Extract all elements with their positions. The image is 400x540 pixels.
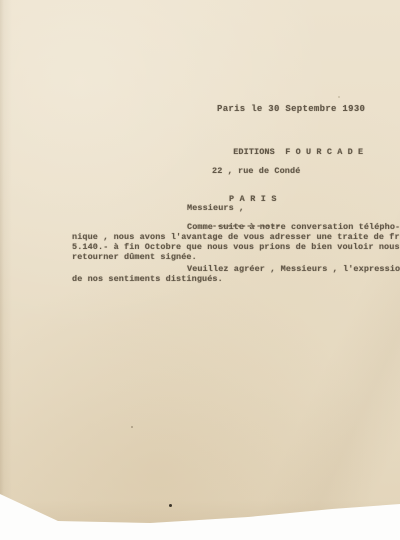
body-line-3: 5.140.- à fin Octobre que nous vous prio… [72,242,400,252]
paper-speck [131,426,133,428]
salutation: Messieurs , [187,203,244,213]
body-line-2: nique , nous avons l'avantage de vous ad… [72,232,400,242]
paper-speck [338,96,340,98]
letter-paper: Paris le 30 Septembre 1930 EDITIONS F O … [0,0,400,540]
body-line-1: Comme suite à notre conversation télépho… [187,222,400,232]
recipient-name: EDITIONS F O U R C A D E [233,147,363,157]
date-line: Paris le 30 Septembre 1930 [217,104,365,114]
closing-line-1: Veuillez agréer , Messieurs , l'expressi… [187,264,400,274]
scanned-letter: Paris le 30 Septembre 1930 EDITIONS F O … [0,0,400,540]
body-line-4: retourner dûment signée. [72,252,197,262]
recipient-street: 22 , rue de Condé [202,167,363,177]
paper-speck [169,504,172,507]
closing-line-2: de nos sentiments distingués. [72,274,223,284]
